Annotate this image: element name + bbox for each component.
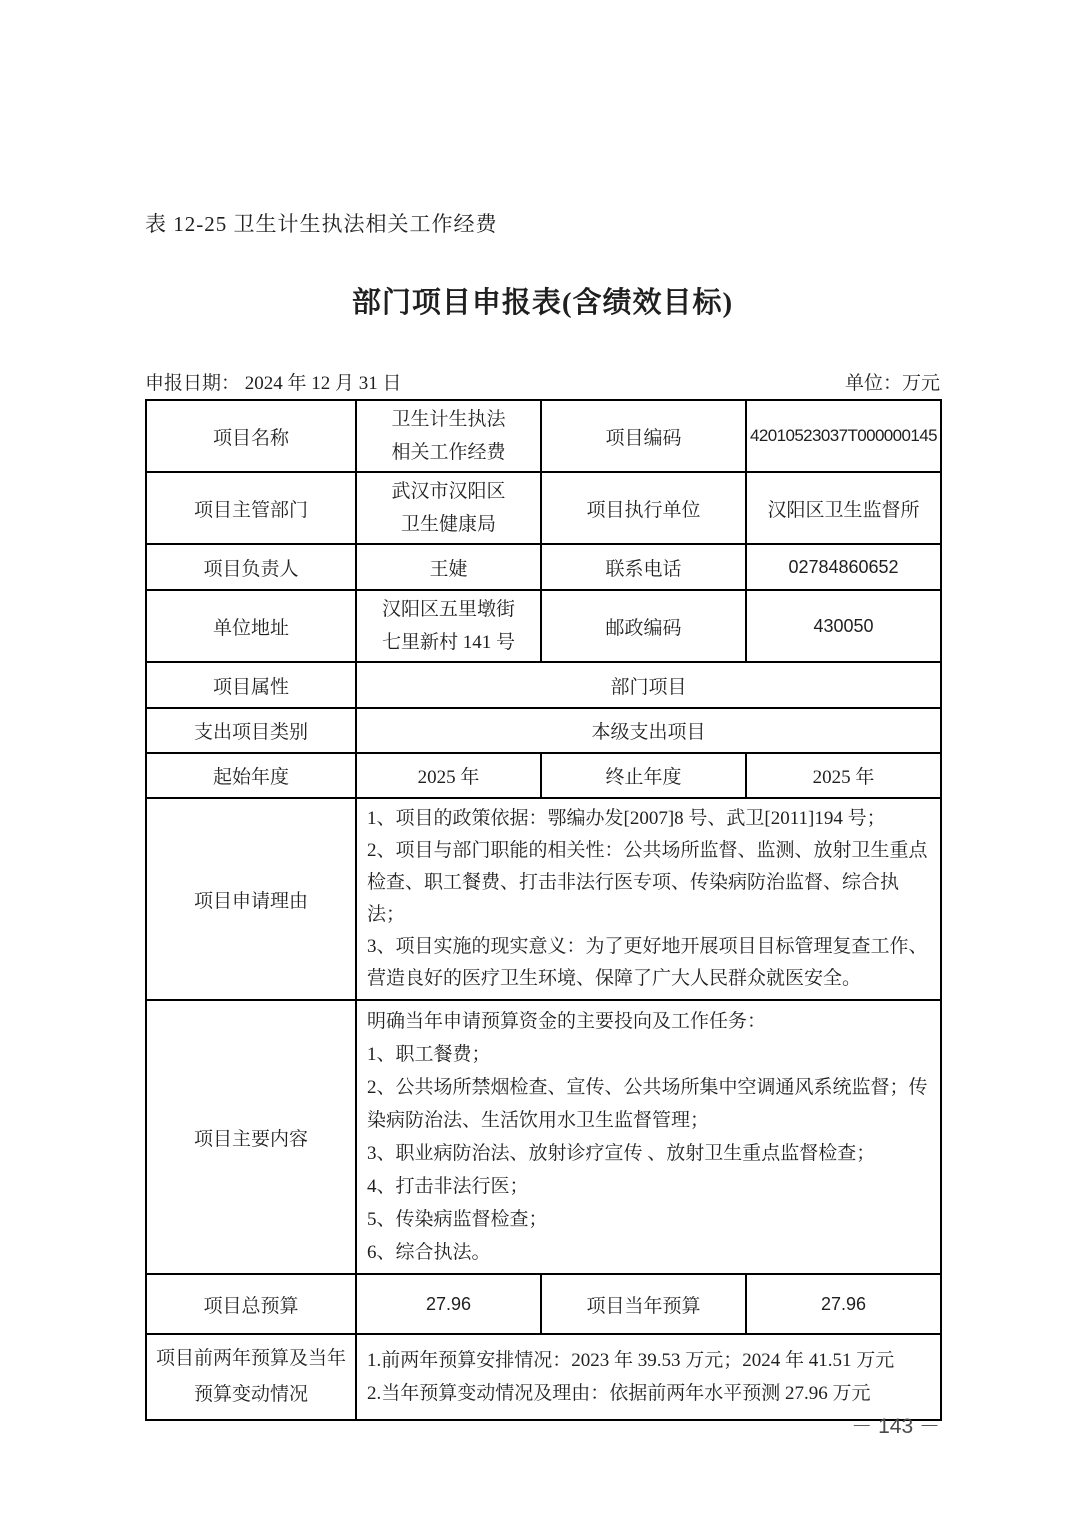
address-line2: 七里新村 141 号: [361, 626, 536, 659]
application-form-table: 项目名称 卫生计生执法 相关工作经费 项目编码 42010523037T0000…: [145, 399, 942, 1421]
table-caption: 表 12-25 卫生计生执法相关工作经费: [145, 208, 498, 238]
row-project-name: 项目名称 卫生计生执法 相关工作经费 项目编码 42010523037T0000…: [146, 400, 941, 472]
main-content-line4: 3、职业病防治法、放射诊疗宣传 、放射卫生重点监督检查；: [367, 1137, 934, 1170]
page-number: － 143 －: [145, 1410, 940, 1440]
postcode-value: 430050: [746, 590, 941, 662]
address-value: 汉阳区五里墩街 七里新村 141 号: [356, 590, 541, 662]
address-label: 单位地址: [146, 590, 356, 662]
supervisor-dept-line2: 卫生健康局: [361, 508, 536, 541]
document-page: 表 12-25 卫生计生执法相关工作经费 部门项目申报表(含绩效目标) 申报日期…: [0, 0, 1074, 1520]
budget-history-text: 1.前两年预算安排情况：2023 年 39.53 万元；2024 年 41.51…: [356, 1334, 941, 1420]
expense-category-label: 支出项目类别: [146, 708, 356, 753]
row-project-leader: 项目负责人 王婕 联系电话 02784860652: [146, 544, 941, 590]
budget-history-label-line1: 项目前两年预算及当年: [151, 1341, 351, 1377]
unit-label: 单位：万元: [845, 368, 940, 395]
attribute-value: 部门项目: [356, 662, 941, 708]
row-attribute: 项目属性 部门项目: [146, 662, 941, 708]
current-year-budget-value: 27.96: [746, 1274, 941, 1334]
project-leader-value: 王婕: [356, 544, 541, 590]
row-budget-history: 项目前两年预算及当年 预算变动情况 1.前两年预算安排情况：2023 年 39.…: [146, 1334, 941, 1420]
row-expense-category: 支出项目类别 本级支出项目: [146, 708, 941, 753]
phone-label: 联系电话: [541, 544, 746, 590]
budget-history-line2: 2.当年预算变动情况及理由：依据前两年水平预测 27.96 万元: [367, 1377, 934, 1410]
main-content-line2: 1、职工餐费；: [367, 1038, 934, 1071]
row-main-content: 项目主要内容 明确当年申请预算资金的主要投向及工作任务： 1、职工餐费； 2、公…: [146, 1000, 941, 1274]
project-name-label: 项目名称: [146, 400, 356, 472]
start-year-value: 2025 年: [356, 753, 541, 798]
row-years: 起始年度 2025 年 终止年度 2025 年: [146, 753, 941, 798]
row-apply-reason: 项目申请理由 1、项目的政策依据：鄂编办发[2007]8 号、武卫[2011]1…: [146, 798, 941, 1000]
attribute-label: 项目属性: [146, 662, 356, 708]
apply-reason-line2: 2、项目与部门职能的相关性：公共场所监督、监测、放射卫生重点检查、职工餐费、打击…: [367, 835, 934, 931]
project-code-label: 项目编码: [541, 400, 746, 472]
row-supervisor-dept: 项目主管部门 武汉市汉阳区 卫生健康局 项目执行单位 汉阳区卫生监督所: [146, 472, 941, 544]
current-year-budget-label: 项目当年预算: [541, 1274, 746, 1334]
expense-category-value: 本级支出项目: [356, 708, 941, 753]
row-budget: 项目总预算 27.96 项目当年预算 27.96: [146, 1274, 941, 1334]
main-content-label: 项目主要内容: [146, 1000, 356, 1274]
phone-value: 02784860652: [746, 544, 941, 590]
postcode-label: 邮政编码: [541, 590, 746, 662]
project-leader-label: 项目负责人: [146, 544, 356, 590]
main-content-line7: 6、综合执法。: [367, 1236, 934, 1269]
start-year-label: 起始年度: [146, 753, 356, 798]
budget-history-line1: 1.前两年预算安排情况：2023 年 39.53 万元；2024 年 41.51…: [367, 1344, 934, 1377]
supervisor-dept-line1: 武汉市汉阳区: [361, 475, 536, 508]
apply-reason-text: 1、项目的政策依据：鄂编办发[2007]8 号、武卫[2011]194 号； 2…: [356, 798, 941, 1000]
supervisor-dept-label: 项目主管部门: [146, 472, 356, 544]
project-name-value: 卫生计生执法 相关工作经费: [356, 400, 541, 472]
meta-row: 申报日期： 2024 年 12 月 31 日 单位：万元: [145, 368, 940, 395]
project-name-line1: 卫生计生执法: [361, 403, 536, 436]
executing-unit-value: 汉阳区卫生监督所: [746, 472, 941, 544]
end-year-label: 终止年度: [541, 753, 746, 798]
total-budget-label: 项目总预算: [146, 1274, 356, 1334]
main-content-text: 明确当年申请预算资金的主要投向及工作任务： 1、职工餐费； 2、公共场所禁烟检查…: [356, 1000, 941, 1274]
project-name-line2: 相关工作经费: [361, 436, 536, 469]
page-title: 部门项目申报表(含绩效目标): [145, 280, 940, 321]
total-budget-value: 27.96: [356, 1274, 541, 1334]
budget-history-label: 项目前两年预算及当年 预算变动情况: [146, 1334, 356, 1420]
budget-history-label-line2: 预算变动情况: [151, 1377, 351, 1413]
main-content-line5: 4、打击非法行医；: [367, 1170, 934, 1203]
supervisor-dept-value: 武汉市汉阳区 卫生健康局: [356, 472, 541, 544]
main-content-line1: 明确当年申请预算资金的主要投向及工作任务：: [367, 1005, 934, 1038]
project-code-value: 42010523037T000000145: [746, 400, 941, 472]
apply-reason-label: 项目申请理由: [146, 798, 356, 1000]
row-address: 单位地址 汉阳区五里墩街 七里新村 141 号 邮政编码 430050: [146, 590, 941, 662]
main-content-line3: 2、公共场所禁烟检查、宣传、公共场所集中空调通风系统监督；传染病防治法、生活饮用…: [367, 1071, 934, 1137]
declare-date: 申报日期： 2024 年 12 月 31 日: [145, 368, 402, 395]
main-content-line6: 5、传染病监督检查；: [367, 1203, 934, 1236]
end-year-value: 2025 年: [746, 753, 941, 798]
address-line1: 汉阳区五里墩街: [361, 593, 536, 626]
apply-reason-line1: 1、项目的政策依据：鄂编办发[2007]8 号、武卫[2011]194 号；: [367, 803, 934, 835]
apply-reason-line3: 3、项目实施的现实意义：为了更好地开展项目目标管理复查工作、营造良好的医疗卫生环…: [367, 931, 934, 995]
executing-unit-label: 项目执行单位: [541, 472, 746, 544]
